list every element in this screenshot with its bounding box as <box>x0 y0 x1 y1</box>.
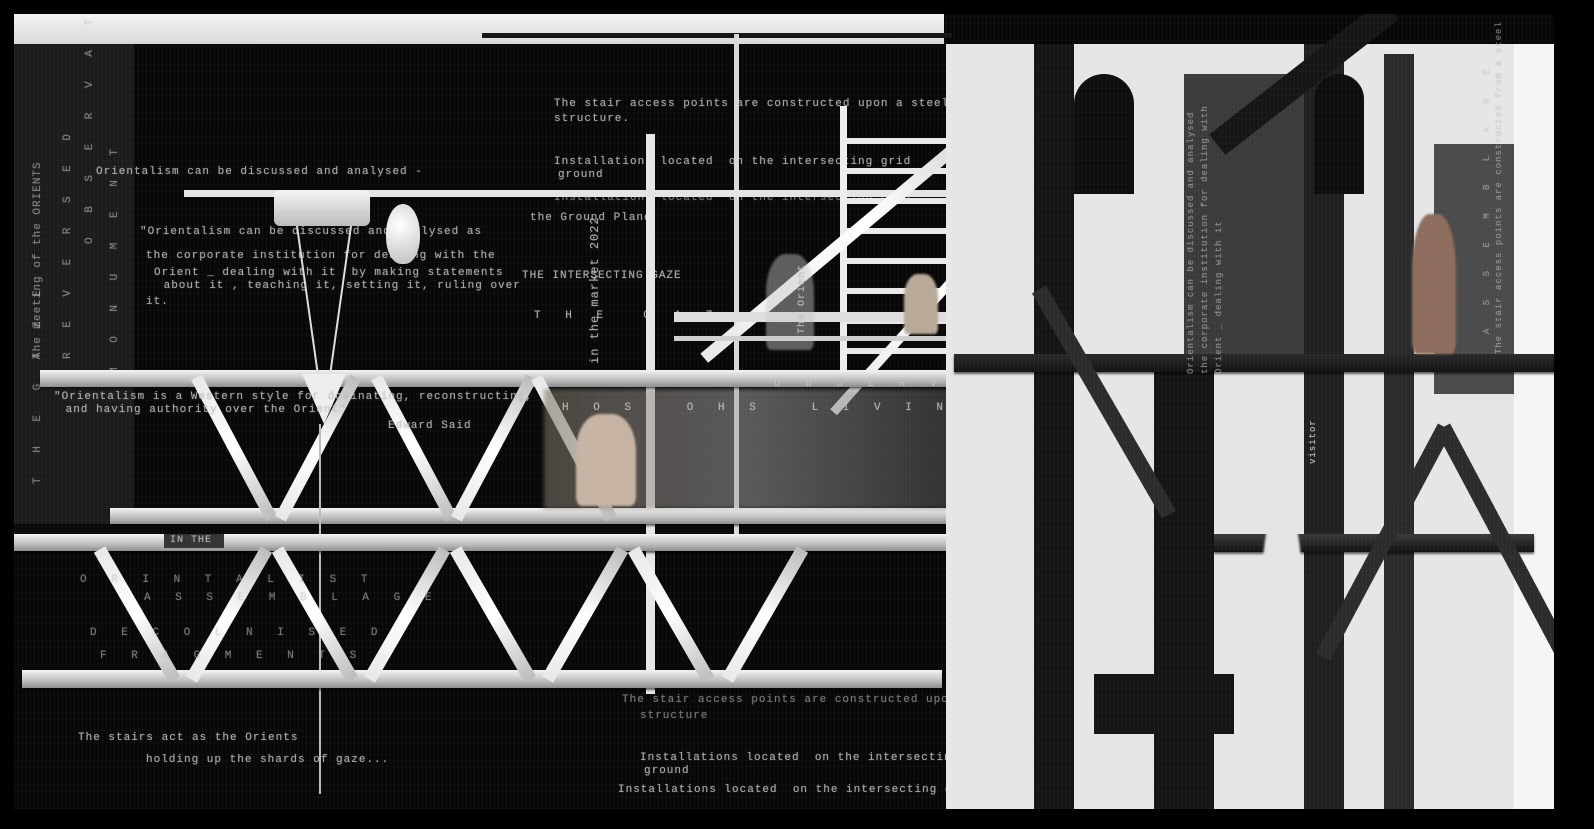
market-vertical-text: in the market 2022 <box>588 216 602 364</box>
orientalist-text: O R I N T A L I S T <box>80 574 376 586</box>
arch-opening-2 <box>1314 74 1364 194</box>
visitor-label: visitor <box>1308 419 1318 464</box>
said-quote-author: Edward Said <box>388 420 472 432</box>
vertical-text-observation: O B S E R V A T I O N <box>84 14 96 244</box>
lower-truss-web-1 <box>94 546 180 682</box>
right-beam-1 <box>954 354 1554 372</box>
quote-orientalism-short: Orientalism can be discussed and analyse… <box>96 166 423 178</box>
trolley-hoist <box>274 190 370 226</box>
sepia-figure-right <box>1412 214 1456 354</box>
right-dark-column-4 <box>1384 54 1414 809</box>
lower-truss-web-3 <box>272 546 358 682</box>
collage-canvas: The meeting of the ORIENTS R E V E R S E… <box>14 14 1554 809</box>
said-quote-line-1: "Orientalism is a Western style for domi… <box>54 391 533 403</box>
right-dark-column-2 <box>1154 354 1214 809</box>
right-vertical-text-1: Orientalism can be discussed and analyse… <box>1186 112 1196 374</box>
lower-truss-web-2 <box>186 546 272 682</box>
stairs-act-text-2: holding up the shards of gaze... <box>146 754 389 766</box>
install-text-3b: ground <box>644 765 690 777</box>
right-vertical-text-5: A S S E M B L A G E <box>1482 60 1492 334</box>
install-text-1b: ground <box>558 169 604 181</box>
quote-line-1: "Orientalism can be discussed and analys… <box>140 226 482 238</box>
white-robed-figure <box>1262 509 1302 699</box>
right-stair-block <box>1094 674 1234 734</box>
stairs-act-text-1: The stairs act as the Orients <box>78 732 298 744</box>
in-the-label: IN THE <box>170 535 212 546</box>
lower-truss-web-8 <box>722 546 808 682</box>
lower-truss-web-6 <box>542 546 628 682</box>
stairs-text-1b: structure. <box>554 113 630 125</box>
right-vertical-text-3: Orient _ dealing with it <box>1214 220 1224 374</box>
observation-deck-rail <box>674 336 974 341</box>
quote-line-4: about it , teaching it, setting it, ruli… <box>156 280 521 292</box>
quote-line-5: it. <box>146 296 169 308</box>
lower-truss-web-7 <box>628 546 714 682</box>
stairs-text-2b: structure <box>640 710 708 722</box>
quote-line-2: the corporate institution for dealing wi… <box>146 250 496 262</box>
lower-truss-web-4 <box>364 546 450 682</box>
decolonised-text: D E C O L N I S E D <box>90 627 386 639</box>
quote-line-3: Orient _ dealing with it by making state… <box>154 267 504 279</box>
lower-truss-web-5 <box>450 546 536 682</box>
seated-figure <box>904 274 938 334</box>
vertical-text-reversed: R E V E R S E D <box>62 125 74 359</box>
right-vertical-text-2: the corporate institution for dealing wi… <box>1200 105 1210 374</box>
right-edge-panel <box>1514 44 1554 809</box>
sepia-figure-left <box>576 414 636 506</box>
bulb-weight <box>386 204 420 264</box>
said-quote-line-2: and having authority over the Orient" <box>58 404 347 416</box>
fragments-text: F R A G M E N T S <box>100 650 365 662</box>
lower-truss-top-chord <box>14 534 954 551</box>
right-dark-column-1 <box>1034 44 1074 809</box>
arch-opening-1 <box>1074 74 1134 194</box>
assemblage-text: A S S E M B L A G E <box>144 592 440 604</box>
right-vertical-text-4: The stair access points are constructed … <box>1494 21 1504 354</box>
top-rail <box>482 33 952 38</box>
orient-vertical-text: The Orient <box>797 264 808 334</box>
lower-truss-bottom-chord <box>22 670 942 688</box>
top-sky-strip <box>14 14 944 44</box>
